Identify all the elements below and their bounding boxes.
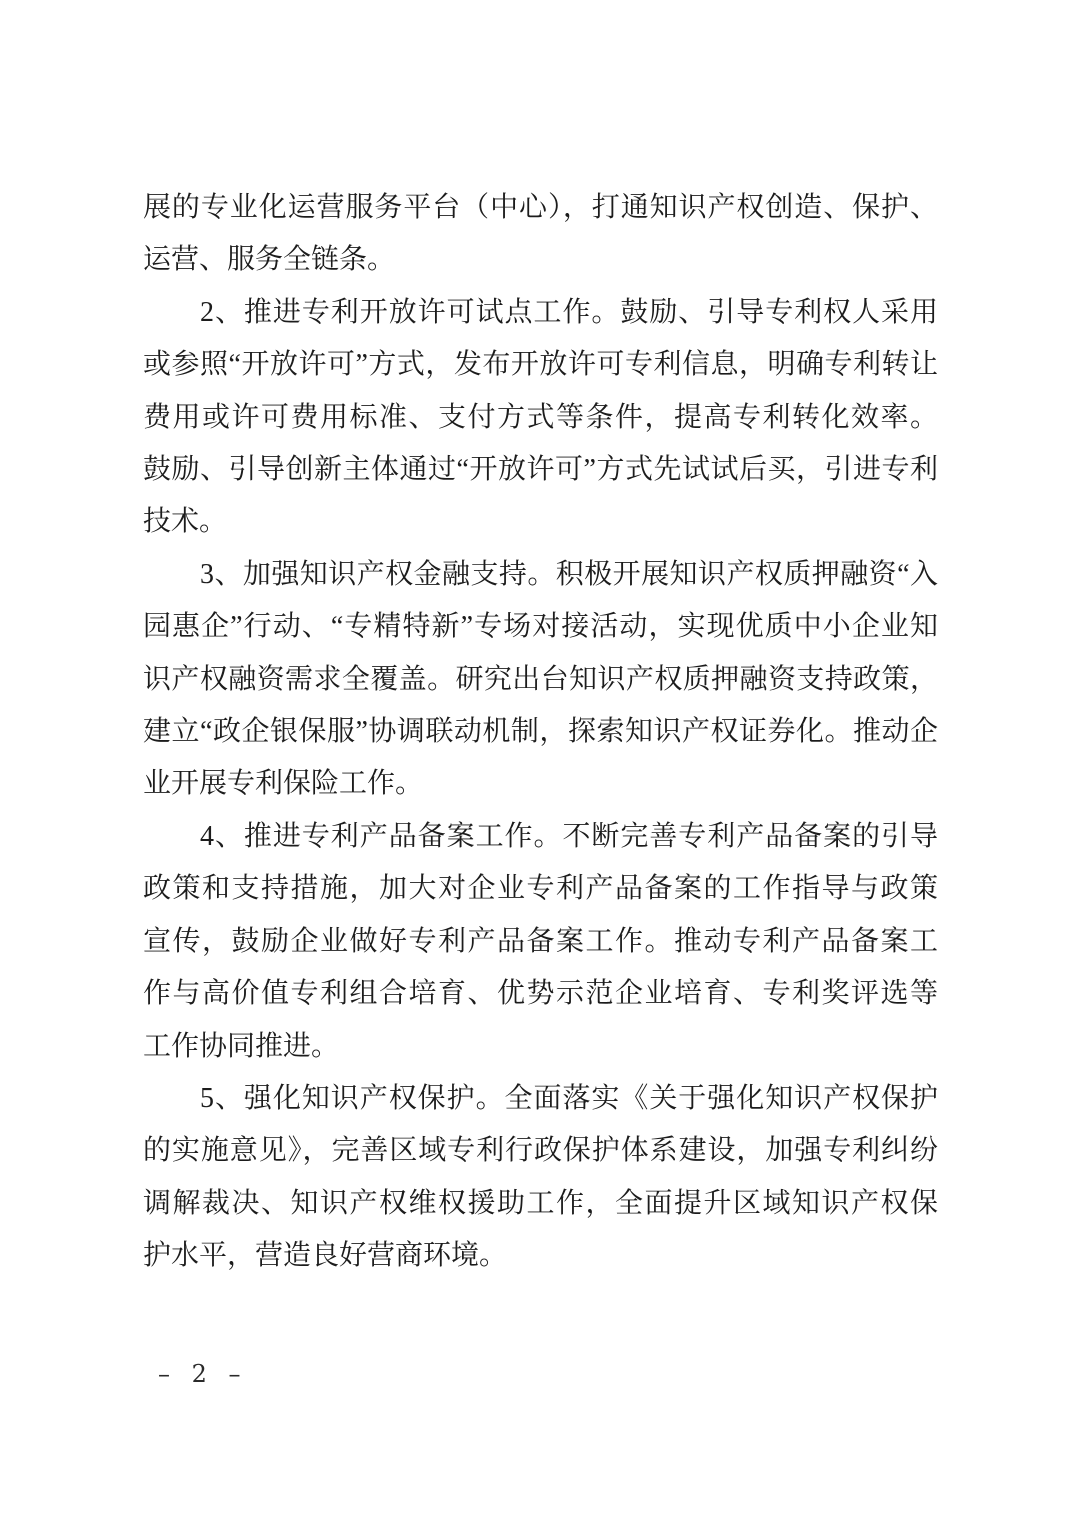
text-line: 展的专业化运营服务平台（中心），打通知识产权创造、保护、: [143, 182, 938, 234]
text-line: 建立“政企银保服”协调联动机制，探索知识产权证券化。推动企: [143, 706, 938, 758]
text-line: 工作协同推进。: [143, 1021, 938, 1073]
text-line-paragraph-3-start: 3、加强知识产权金融支持。积极开展知识产权质押融资“入: [143, 549, 938, 601]
page-number: – 2 –: [158, 1358, 248, 1390]
text-line: 宣传，鼓励企业做好专利产品备案工作。推动专利产品备案工: [143, 916, 938, 968]
text-line: 护水平，营造良好营商环境。: [143, 1230, 938, 1282]
text-line: 的实施意见》，完善区域专利行政保护体系建设，加强专利纠纷: [143, 1125, 938, 1177]
document-page: 展的专业化运营服务平台（中心），打通知识产权创造、保护、 运营、服务全链条。 2…: [0, 0, 1074, 1520]
document-body: 展的专业化运营服务平台（中心），打通知识产权创造、保护、 运营、服务全链条。 2…: [143, 182, 938, 1283]
text-line: 政策和支持措施，加大对企业专利产品备案的工作指导与政策: [143, 863, 938, 915]
text-line-paragraph-4-start: 4、推进专利产品备案工作。不断完善专利产品备案的引导: [143, 811, 938, 863]
text-line: 鼓励、引导创新主体通过“开放许可”方式先试试后买，引进专利: [143, 444, 938, 496]
text-line-paragraph-2-start: 2、推进专利开放许可试点工作。鼓励、引导专利权人采用: [143, 287, 938, 339]
text-line: 作与高价值专利组合培育、优势示范企业培育、专利奖评选等: [143, 968, 938, 1020]
text-line: 调解裁决、知识产权维权援助工作，全面提升区域知识产权保: [143, 1178, 938, 1230]
text-line: 或参照“开放许可”方式，发布开放许可专利信息，明确专利转让: [143, 339, 938, 391]
text-line: 运营、服务全链条。: [143, 234, 938, 286]
text-line: 业开展专利保险工作。: [143, 758, 938, 810]
text-line: 识产权融资需求全覆盖。研究出台知识产权质押融资支持政策，: [143, 654, 938, 706]
text-line-paragraph-5-start: 5、强化知识产权保护。全面落实《关于强化知识产权保护: [143, 1073, 938, 1125]
text-line: 技术。: [143, 496, 938, 548]
text-line: 园惠企”行动、“专精特新”专场对接活动，实现优质中小企业知: [143, 601, 938, 653]
text-line: 费用或许可费用标准、支付方式等条件，提高专利转化效率。: [143, 392, 938, 444]
